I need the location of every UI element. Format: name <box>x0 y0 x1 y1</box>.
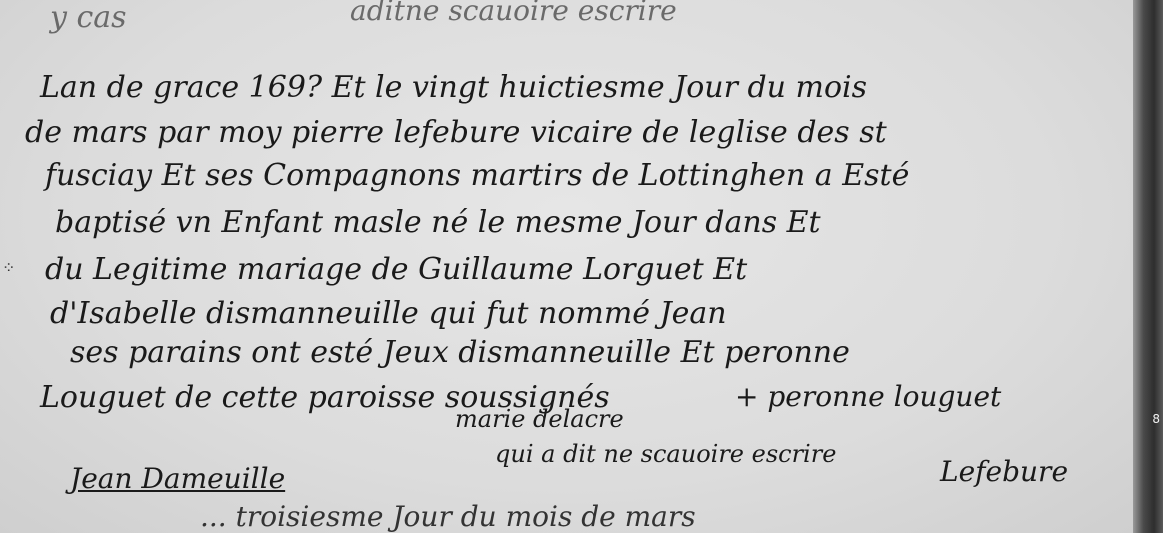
page-number: 8 <box>1152 412 1160 426</box>
entry-line-4: baptisé vn Enfant masle né le mesme Jour… <box>55 205 821 240</box>
header-fragment-top: aditne scauoire escrire <box>350 0 677 27</box>
next-entry-fragment: ... troisiesme Jour du mois de mars <box>200 500 696 533</box>
entry-line-5: du Legitime mariage de Guillaume Lorguet… <box>45 252 747 287</box>
entry-line-3: fusciay Et ses Compagnons martirs de Lot… <box>45 158 909 193</box>
signature-marie: marie delacre <box>455 405 624 433</box>
entry-line-1: Lan de grace 169? Et le vingt huictiesme… <box>40 70 867 105</box>
entry-line-7: ses parains ont esté Jeux dismanneuille … <box>70 335 850 370</box>
entry-line-2: de mars par moy pierre lefebure vicaire … <box>25 115 887 150</box>
page-binding-edge: 8 <box>1133 0 1163 533</box>
margin-mark-icon: ⁘ <box>2 258 15 278</box>
signature-priest: Lefebure <box>940 455 1068 488</box>
illiterate-note: qui a dit ne scauoire escrire <box>495 440 836 468</box>
entry-line-6: d'Isabelle dismanneuille qui fut nommé J… <box>50 296 727 331</box>
signature-jean: Jean Dameuille <box>70 462 285 495</box>
register-page: y cas aditne scauoire escrire Lan de gra… <box>0 0 1133 533</box>
signature-peronne: + peronne louguet <box>735 380 1001 413</box>
header-fragment-left: y cas <box>50 0 127 35</box>
